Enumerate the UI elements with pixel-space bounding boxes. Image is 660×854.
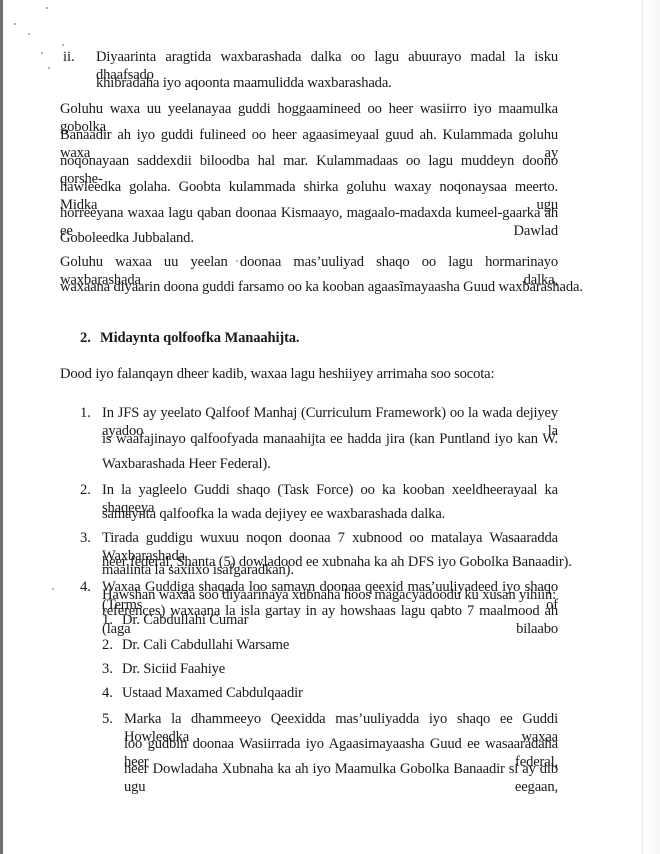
paragraph-line: Goboleedka Jubbaland. [60, 229, 194, 247]
agreement-4-last-line: maalinta la saxiixo isafgaradkan). [102, 561, 294, 579]
member-name: Dr. Cali Cabdullahi Warsame [122, 636, 289, 654]
list-number: 2. [102, 636, 113, 654]
list-number: 3. [102, 660, 113, 678]
member-name: Dr. Siciid Faahiye [122, 660, 225, 678]
list-number: 3. [80, 529, 91, 547]
list-number: 1. [80, 404, 91, 422]
paragraph-line: waxaana diyaarin doona guddi farsamo oo … [60, 278, 583, 296]
agreements-intro: Dood iyo falanqayn dheer kadib, waxaa la… [60, 365, 494, 383]
list-number: 4. [102, 684, 113, 702]
section-2-number: 2. [80, 329, 91, 347]
list-number: 4. [80, 578, 91, 596]
section-2-heading: Midaynta qolfoofka Manaahijta. [100, 329, 299, 347]
member-name: Dr. Cabdullahi Cumar [122, 611, 248, 629]
member-name: Ustaad Maxamed Cabdulqaadir [122, 684, 303, 702]
list-number: 2. [80, 481, 91, 499]
list-line: Waxbarashada Heer Federal). [102, 455, 271, 473]
section-ii-line-2: khibradaha iyo aqoonta maamulidda waxbar… [96, 74, 392, 92]
document-page: ii. Diyaarinta aragtida waxbarashada dal… [0, 0, 660, 854]
list-number: 5. [102, 710, 113, 728]
members-intro: Hawshan waxaa soo diyaarinaya xubnaha ho… [102, 586, 556, 604]
list-number: 1. [102, 611, 113, 629]
scan-edge [0, 0, 3, 854]
list-line: samaynta qalfoofka la wada dejiyey ee wa… [102, 505, 445, 523]
list-line: is waafajinayo qalfoofyada manaahijta ee… [102, 430, 558, 448]
list-line: heer Dowladaha Xubnaha ka ah iyo Maamulk… [124, 760, 558, 796]
page-fold [642, 0, 643, 854]
section-ii-marker: ii. [63, 48, 75, 66]
